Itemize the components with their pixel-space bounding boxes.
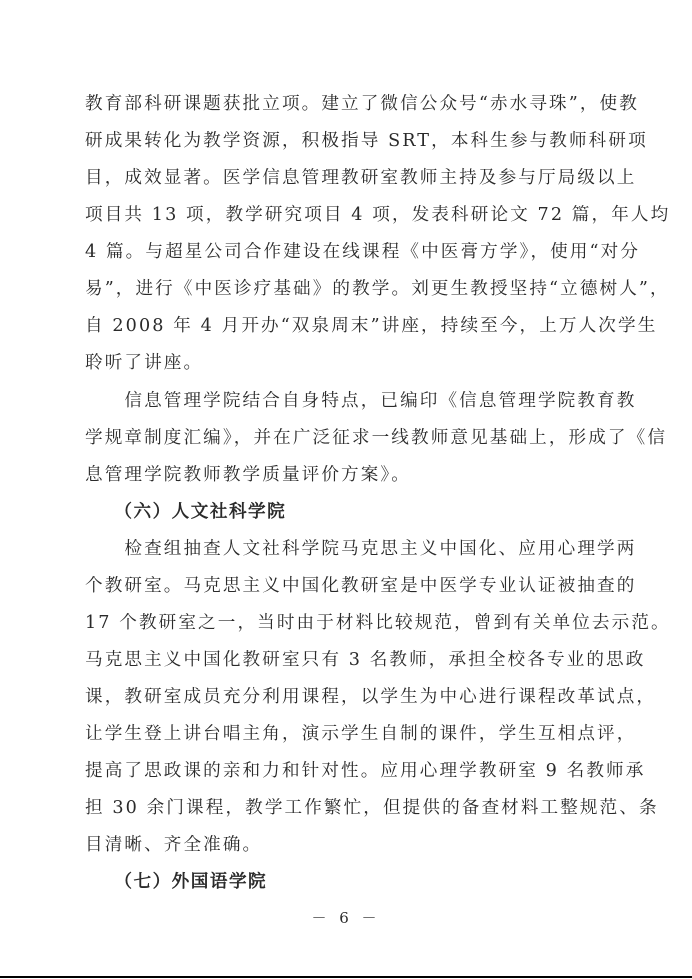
body-line: 课，教研室成员充分利用课程，以学生为中心进行课程改革试点， bbox=[85, 685, 615, 709]
body-line: 易”，进行《中医诊疗基础》的教学。刘更生教授坚持“立德树人”， bbox=[85, 277, 615, 301]
body-line: 目清晰、齐全准确。 bbox=[85, 833, 615, 857]
body-line: 自 2008 年 4 月开办“双泉周末”讲座，持续至今，上万人次学生 bbox=[85, 314, 615, 338]
body-line: 4 篇。与超星公司合作建设在线课程《中医膏方学》，使用“对分 bbox=[85, 240, 615, 264]
body-line: 信息管理学院结合自身特点，已编印《信息管理学院教育教 bbox=[85, 389, 615, 413]
body-line: 马克思主义中国化教研室只有 3 名教师，承担全校各专业的思政 bbox=[85, 648, 615, 672]
page-number: － 6 － bbox=[0, 907, 692, 928]
body-line: 聆听了讲座。 bbox=[85, 351, 615, 375]
page-bottom-border bbox=[0, 976, 692, 978]
body-line: 研成果转化为教学资源，积极指导 SRT，本科生参与教师科研项 bbox=[85, 129, 615, 153]
section-heading-foreign-languages: （七）外国语学院 bbox=[85, 870, 615, 894]
body-line: 担 30 余门课程，教学工作繁忙，但提供的备查材料工整规范、条 bbox=[85, 796, 615, 820]
body-line: 学规章制度汇编》，并在广泛征求一线教师意见基础上，形成了《信 bbox=[85, 426, 615, 450]
body-line: 提高了思政课的亲和力和针对性。应用心理学教研室 9 名教师承 bbox=[85, 759, 615, 783]
body-line: 息管理学院教师教学质量评价方案》。 bbox=[85, 463, 615, 487]
body-line: 检查组抽查人文社科学院马克思主义中国化、应用心理学两 bbox=[85, 537, 615, 561]
document-page: 教育部科研课题获批立项。建立了微信公众号“赤水寻珠”，使教 研成果转化为教学资源… bbox=[0, 0, 692, 979]
body-line: 项目共 13 项，教学研究项目 4 项，发表科研论文 72 篇，年人均 bbox=[85, 203, 615, 227]
body-line: 个教研室。马克思主义中国化教研室是中医学专业认证被抽查的 bbox=[85, 574, 615, 598]
body-line: 17 个教研室之一，当时由于材料比较规范，曾到有关单位去示范。 bbox=[85, 611, 615, 635]
body-line: 目，成效显著。医学信息管理教研室教师主持及参与厅局级以上 bbox=[85, 166, 615, 190]
section-heading-humanities: （六）人文社科学院 bbox=[85, 500, 615, 524]
body-line: 教育部科研课题获批立项。建立了微信公众号“赤水寻珠”，使教 bbox=[85, 92, 615, 116]
body-line: 让学生登上讲台唱主角，演示学生自制的课件，学生互相点评， bbox=[85, 722, 615, 746]
